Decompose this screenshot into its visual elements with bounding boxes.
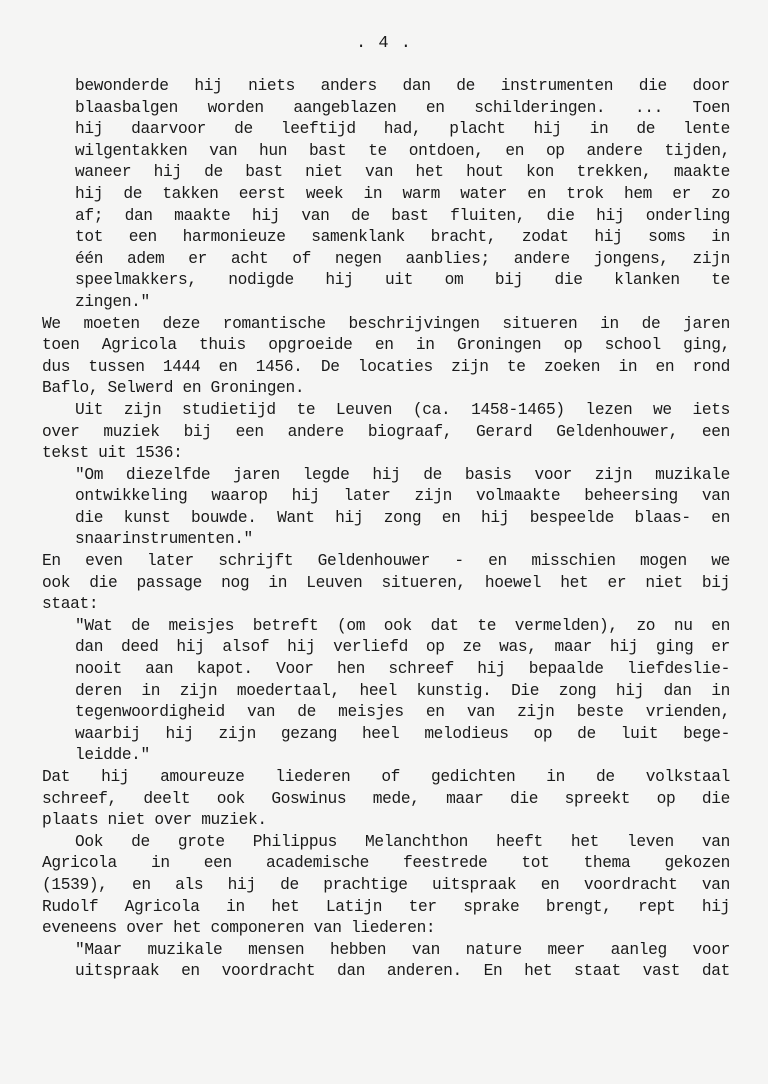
quote-line: ontwikkeling waarop hij later zijn volma…: [42, 486, 730, 508]
text-line: ook die passage nog in Leuven situeren, …: [42, 573, 730, 595]
text-line: We moeten deze romantische beschrijvinge…: [42, 314, 730, 336]
quote-line: wilgentakken van hun bast te ontdoen, en…: [42, 141, 730, 163]
quote-line: "Maar muzikale mensen hebben van nature …: [42, 940, 730, 962]
quote-line: snaarinstrumenten.": [42, 529, 730, 551]
text-line: plaats niet over muziek.: [42, 810, 730, 832]
document-page: . 4 . bewonderde hij niets anders dan de…: [0, 0, 768, 1084]
text-line: eveneens over het componeren van liedere…: [42, 918, 730, 940]
quote-line: leidde.": [42, 745, 730, 767]
quote-line: speelmakkers, nodigde hij uit om bij die…: [42, 270, 730, 292]
page-number: . 4 .: [0, 34, 768, 53]
text-line: staat:: [42, 594, 730, 616]
quote-line: waarbij hij zijn gezang heel melodieus o…: [42, 724, 730, 746]
quote-line: waneer hij de bast niet van het hout kon…: [42, 162, 730, 184]
quote-line: bewonderde hij niets anders dan de instr…: [42, 76, 730, 98]
text-line: schreef, deelt ook Goswinus mede, maar d…: [42, 789, 730, 811]
quote-line: uitspraak en voordracht dan anderen. En …: [42, 961, 730, 983]
quote-line: "Wat de meisjes betreft (om ook dat te v…: [42, 616, 730, 638]
text-line: over muziek bij een andere biograaf, Ger…: [42, 422, 730, 444]
quote-line: tegenwoordigheid van de meisjes en van z…: [42, 702, 730, 724]
text-line: (1539), en als hij de prachtige uitspraa…: [42, 875, 730, 897]
quote-line: af; dan maakte hij van de bast fluiten, …: [42, 206, 730, 228]
quote-line: hij daarvoor de leeftijd had, placht hij…: [42, 119, 730, 141]
quote-line: blaasbalgen worden aangeblazen en schild…: [42, 98, 730, 120]
quote-line: hij de takken eerst week in warm water e…: [42, 184, 730, 206]
text-line: Rudolf Agricola in het Latijn ter sprake…: [42, 897, 730, 919]
text-line: Dat hij amoureuze liederen of gedichten …: [42, 767, 730, 789]
quote-line: één adem er acht of negen aanblies; ande…: [42, 249, 730, 271]
text-line: Ook de grote Philippus Melanchthon heeft…: [42, 832, 730, 854]
quote-line: dan deed hij alsof hij verliefd op ze wa…: [42, 637, 730, 659]
quote-line: "Om diezelfde jaren legde hij de basis v…: [42, 465, 730, 487]
quote-line: tot een harmonieuze samenklank bracht, z…: [42, 227, 730, 249]
text-line: En even later schrijft Geldenhouwer - en…: [42, 551, 730, 573]
text-line: tekst uit 1536:: [42, 443, 730, 465]
quote-line: die kunst bouwde. Want hij zong en hij b…: [42, 508, 730, 530]
text-line: Agricola in een academische feestrede to…: [42, 853, 730, 875]
text-line: Uit zijn studietijd te Leuven (ca. 1458-…: [42, 400, 730, 422]
quote-line: nooit aan kapot. Voor hen schreef hij be…: [42, 659, 730, 681]
text-line: dus tussen 1444 en 1456. De locaties zij…: [42, 357, 730, 379]
body-text: bewonderde hij niets anders dan de instr…: [42, 76, 730, 983]
text-line: Baflo, Selwerd en Groningen.: [42, 378, 730, 400]
text-line: toen Agricola thuis opgroeide en in Gron…: [42, 335, 730, 357]
quote-line: zingen.": [42, 292, 730, 314]
quote-line: deren in zijn moedertaal, heel kunstig. …: [42, 681, 730, 703]
